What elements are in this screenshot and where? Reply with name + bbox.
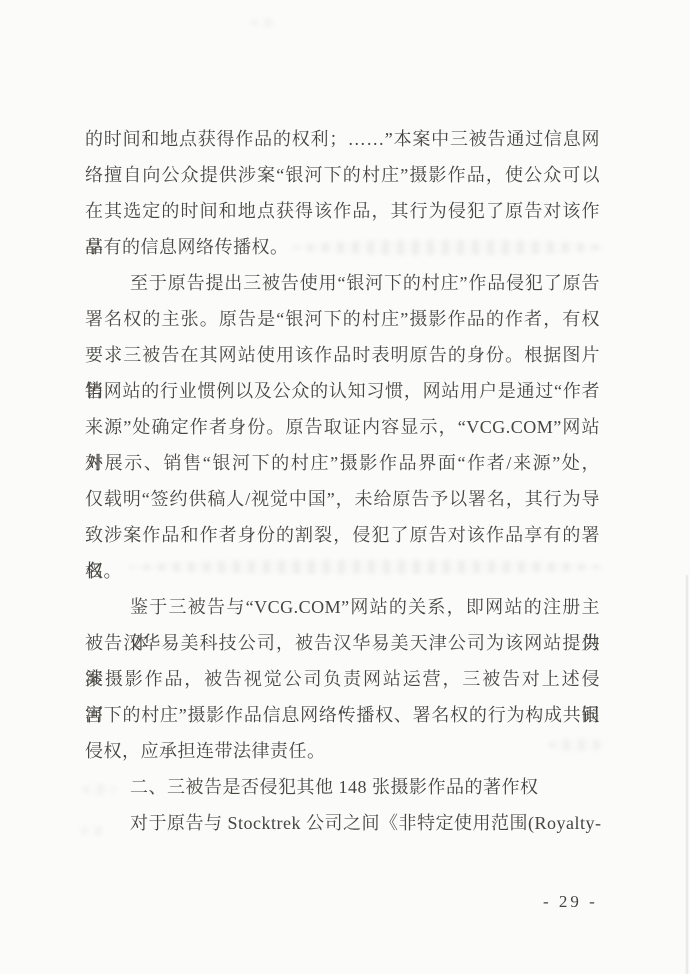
text-line: 河下的村庄”摄影作品信息网络传播权、署名权的行为构成共同 <box>85 697 600 733</box>
text-line: 致涉案作品和作者身份的割裂，侵犯了原告对该作品享有的署名 <box>85 517 600 553</box>
text-line: 售网站的行业惯例以及公众的认知习惯，网站用户是通过“作者 <box>85 373 600 409</box>
text-line: 仅载明“签约供稿人/视觉中国”，未给原告予以署名，其行为导 <box>85 481 600 517</box>
text-line: 对于原告与 Stocktrek 公司之间《非特定使用范围(Royalty- <box>85 805 600 841</box>
scan-edge-artifact <box>686 575 688 974</box>
text-line: 要求三被告在其网站使用该作品时表明原告的身份。根据图片销 <box>85 337 600 373</box>
text-line: 至于原告提出三被告使用“银河下的村庄”作品侵犯了原告 <box>85 265 600 301</box>
scan-smudge <box>292 240 607 255</box>
text-line: 侵权，应承担连带法律责任。 <box>85 733 600 769</box>
judgment-text-block: 的时间和地点获得作品的权利；……”本案中三被告通过信息网络擅自向公众提供涉案“银… <box>85 121 600 841</box>
document-page: 的时间和地点获得作品的权利；……”本案中三被告通过信息网络擅自向公众提供涉案“银… <box>0 0 690 974</box>
scan-smudge <box>250 18 278 27</box>
scan-smudge <box>128 560 606 574</box>
text-line: 络擅自向公众提供涉案“银河下的村庄”摄影作品，使公众可以 <box>85 157 600 193</box>
text-line: 案摄影作品，被告视觉公司负责网站运营，三被告对上述侵害“银 <box>85 661 600 697</box>
text-line: 来源”处确定作者身份。原告取证内容显示，“VCG.COM”网站对 <box>85 409 600 445</box>
page-number: - 29 - <box>543 892 598 912</box>
scan-smudge <box>548 739 608 751</box>
text-line: 外展示、销售“银河下的村庄”摄影作品界面“作者/来源”处， <box>85 445 600 481</box>
text-line: 被告汉华易美科技公司，被告汉华易美天津公司为该网站提供涉 <box>85 625 600 661</box>
text-line: 署名权的主张。原告是“银河下的村庄”摄影作品的作者，有权 <box>85 301 600 337</box>
scan-smudge <box>82 784 116 795</box>
text-line: 鉴于三被告与“VCG.COM”网站的关系，即网站的注册主体为 <box>85 589 600 625</box>
scan-smudge <box>80 826 106 836</box>
text-line: 在其选定的时间和地点获得该作品，其行为侵犯了原告对该作品 <box>85 193 600 229</box>
text-line: 二、三被告是否侵犯其他 148 张摄影作品的著作权 <box>85 769 600 805</box>
text-line: 的时间和地点获得作品的权利；……”本案中三被告通过信息网 <box>85 121 600 157</box>
